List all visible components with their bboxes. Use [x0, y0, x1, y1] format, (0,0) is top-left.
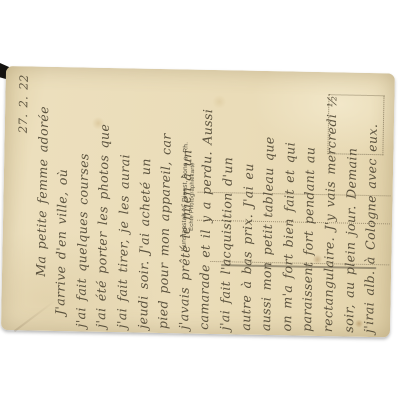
- scanned-postcard-image: Kunstanstalt N. Dienst, Bonn a. Rh. Echt…: [0, 0, 400, 400]
- postcard-back: Kunstanstalt N. Dienst, Bonn a. Rh. Echt…: [1, 66, 395, 337]
- message-line: j'irai alb. à Cologne avec eux.: [359, 77, 385, 333]
- handwritten-message: 27. 2. 22 Ma petite femme adorée J'arriv…: [9, 70, 386, 333]
